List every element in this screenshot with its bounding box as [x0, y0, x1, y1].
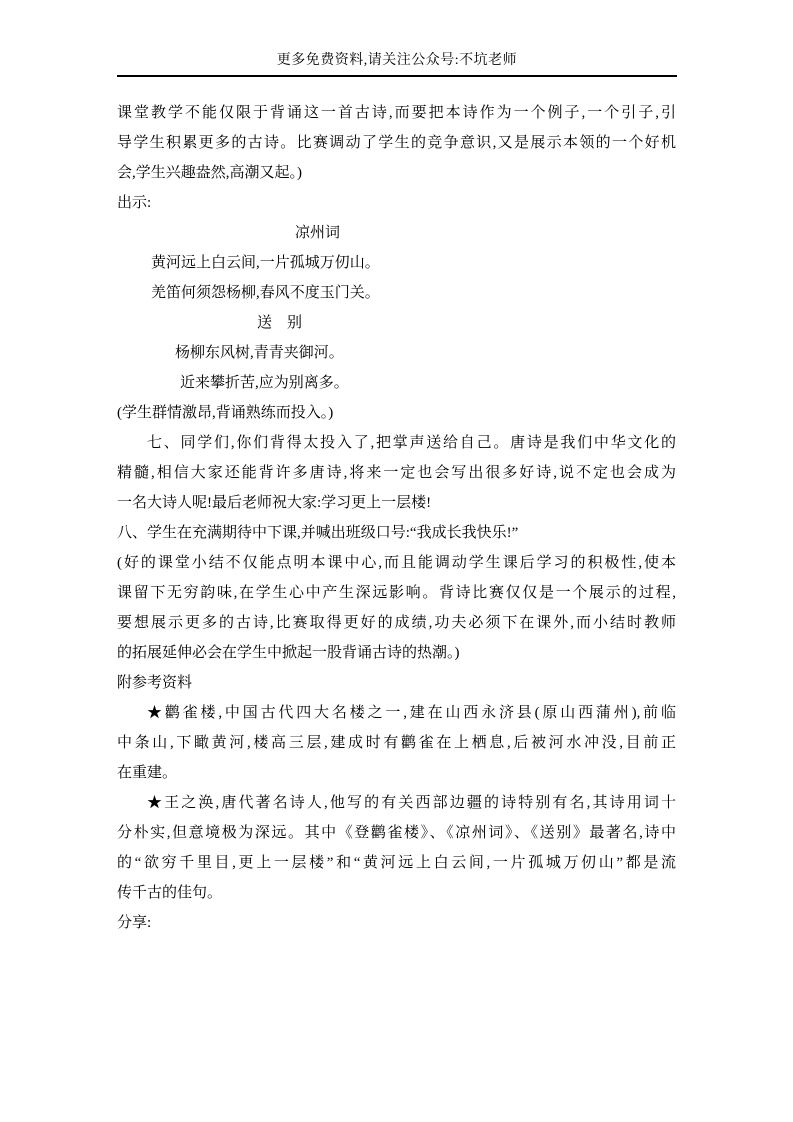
paragraph-line: 会,学生兴趣盎然,高潮又起。)	[117, 158, 676, 188]
paragraph-line: 的拓展延伸必会在学生中掀起一股背诵古诗的热潮。)	[117, 638, 676, 668]
poem-line: 羌笛何须怨杨柳,春风不度玉门关。	[117, 278, 676, 308]
reference-line: ★王之涣,唐代著名诗人,他写的有关西部边疆的诗特别有名,其诗用词十	[117, 788, 676, 818]
reference-line: 分朴实,但意境极为深远。其中《登鹳雀楼》、《凉州词》、《送别》最著名,诗中	[117, 818, 676, 848]
label-chushi: 出示:	[117, 188, 676, 218]
header-rule	[117, 75, 677, 77]
page-header: 更多免费资料,请关注公众号:不坑老师	[117, 51, 677, 71]
poem-line: 黄河远上白云间,一片孤城万仞山。	[117, 248, 676, 278]
paragraph-line: 课留下无穷韵味,在学生心中产生深远影响。背诗比赛仅仅是一个展示的过程,	[117, 578, 676, 608]
reference-line: 传千古的佳句。	[117, 878, 676, 908]
paragraph-line: 七、同学们,你们背得太投入了,把掌声送给自己。唐诗是我们中华文化的	[117, 428, 676, 458]
paragraph-line: 导学生积累更多的古诗。比赛调动了学生的竞争意识,又是展示本领的一个好机	[117, 128, 676, 158]
paragraph-line: 要想展示更多的古诗,比赛取得更好的成绩,功夫必须下在课外,而小结时教师	[117, 608, 676, 638]
header-text: 更多免费资料,请关注公众号:不坑老师	[277, 53, 517, 68]
paragraph-line: (好的课堂小结不仅能点明本课中心,而且能调动学生课后学习的积极性,使本	[117, 548, 676, 578]
paragraph-line: 课堂教学不能仅限于背诵这一首古诗,而要把本诗作为一个例子,一个引子,引	[117, 98, 676, 128]
paragraph-line: 精髓,相信大家还能背许多唐诗,将来一定也会写出很多好诗,说不定也会成为	[117, 458, 676, 488]
reference-line: 中条山,下瞰黄河,楼高三层,建成时有鹳雀在上栖息,后被河水冲没,目前正	[117, 728, 676, 758]
reference-line: 在重建。	[117, 758, 676, 788]
label-share: 分享:	[117, 908, 676, 938]
reference-line: ★鹳雀楼,中国古代四大名楼之一,建在山西永济县(原山西蒲州),前临	[117, 698, 676, 728]
poem-line: 近来攀折苦,应为别离多。	[117, 368, 676, 398]
poem-title-liangzhouci: 凉州词	[117, 218, 676, 248]
paragraph-line: (学生群情激昂,背诵熟练而投入。)	[117, 398, 676, 428]
paragraph-line: 一名大诗人呢!最后老师祝大家:学习更上一层楼!	[117, 488, 676, 518]
document-page: 更多免费资料,请关注公众号:不坑老师 课堂教学不能仅限于背诵这一首古诗,而要把本…	[0, 0, 793, 1122]
label-reference-materials: 附参考资料	[117, 668, 676, 698]
paragraph-line: 八、学生在充满期待中下课,并喊出班级口号:“我成长我快乐!”	[117, 518, 676, 548]
document-body: 课堂教学不能仅限于背诵这一首古诗,而要把本诗作为一个例子,一个引子,引导学生积累…	[117, 98, 676, 938]
reference-line: 的“欲穷千里目,更上一层楼”和“黄河远上白云间,一片孤城万仞山”都是流	[117, 848, 676, 878]
poem-line: 杨柳东风树,青青夹御河。	[117, 338, 676, 368]
poem-title-songbie: 送 别	[117, 308, 676, 338]
